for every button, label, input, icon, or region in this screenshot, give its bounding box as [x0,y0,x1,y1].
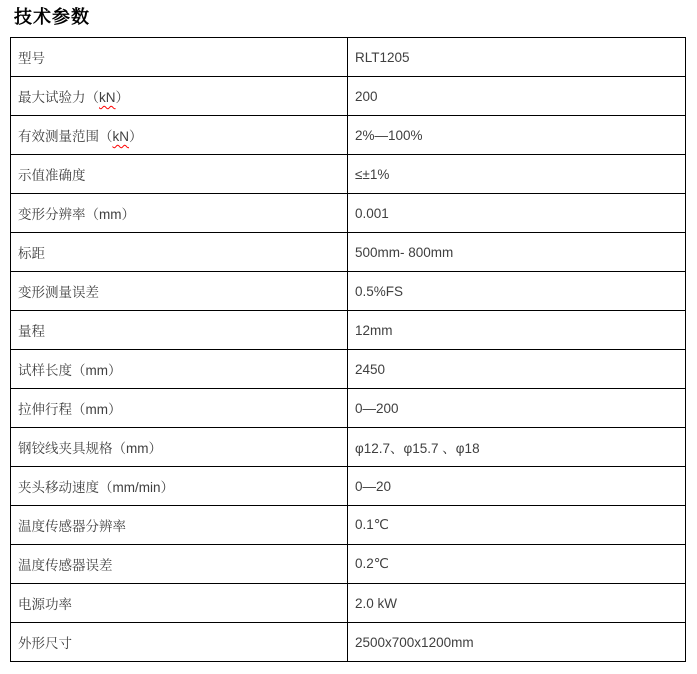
param-name-cell: 变形测量误差 [11,272,348,311]
param-name-cell: 试样长度（mm） [11,350,348,389]
table-row: 型号RLT1205 [11,38,686,77]
param-value-cell: 500mm- 800mm [348,233,686,272]
table-row: 量程12mm [11,311,686,350]
param-value-cell: 0.1℃ [348,506,686,545]
param-value-cell: RLT1205 [348,38,686,77]
param-name-cell: 有效测量范围（kN） [11,116,348,155]
param-name-cell: 拉伸行程（mm） [11,389,348,428]
table-row: 温度传感器误差0.2℃ [11,545,686,584]
param-name-cell: 温度传感器误差 [11,545,348,584]
table-row: 夹头移动速度（mm/min）0—20 [11,467,686,506]
table-row: 变形测量误差0.5%FS [11,272,686,311]
page-title: 技术参数 [0,0,697,28]
table-row: 钢铰线夹具规格（mm）φ12.7、φ15.7 、φ18 [11,428,686,467]
param-name-cell: 最大试验力（kN） [11,77,348,116]
spellcheck-underlined-text: kN [113,129,130,144]
param-value-cell: 2450 [348,350,686,389]
param-value-cell: φ12.7、φ15.7 、φ18 [348,428,686,467]
table-row: 温度传感器分辨率0.1℃ [11,506,686,545]
table-row: 最大试验力（kN）200 [11,77,686,116]
param-name-cell: 示值准确度 [11,155,348,194]
table-row: 拉伸行程（mm）0—200 [11,389,686,428]
spec-table: 型号RLT1205最大试验力（kN）200有效测量范围（kN）2%—100%示值… [10,37,686,662]
table-row: 试样长度（mm）2450 [11,350,686,389]
param-value-cell: 200 [348,77,686,116]
table-row: 有效测量范围（kN）2%—100% [11,116,686,155]
param-value-cell: 0—20 [348,467,686,506]
param-name-cell: 温度传感器分辨率 [11,506,348,545]
param-value-cell: 0.2℃ [348,545,686,584]
table-row: 外形尺寸2500x700x1200mm [11,623,686,662]
param-name-cell: 型号 [11,38,348,77]
param-name-cell: 夹头移动速度（mm/min） [11,467,348,506]
spec-document-page: 技术参数 型号RLT1205最大试验力（kN）200有效测量范围（kN）2%—1… [0,0,697,674]
table-row: 标距500mm- 800mm [11,233,686,272]
table-row: 示值准确度≤±1% [11,155,686,194]
param-value-cell: 0.001 [348,194,686,233]
param-value-cell: ≤±1% [348,155,686,194]
param-value-cell: 0—200 [348,389,686,428]
param-value-cell: 0.5%FS [348,272,686,311]
param-name-cell: 外形尺寸 [11,623,348,662]
param-name-cell: 标距 [11,233,348,272]
spec-table-body: 型号RLT1205最大试验力（kN）200有效测量范围（kN）2%—100%示值… [11,38,686,662]
param-value-cell: 2%—100% [348,116,686,155]
param-value-cell: 12mm [348,311,686,350]
param-value-cell: 2500x700x1200mm [348,623,686,662]
param-name-cell: 变形分辨率（mm） [11,194,348,233]
param-name-cell: 量程 [11,311,348,350]
table-row: 电源功率2.0 kW [11,584,686,623]
spellcheck-underlined-text: kN [99,90,116,105]
param-value-cell: 2.0 kW [348,584,686,623]
table-row: 变形分辨率（mm）0.001 [11,194,686,233]
param-name-cell: 电源功率 [11,584,348,623]
param-name-cell: 钢铰线夹具规格（mm） [11,428,348,467]
